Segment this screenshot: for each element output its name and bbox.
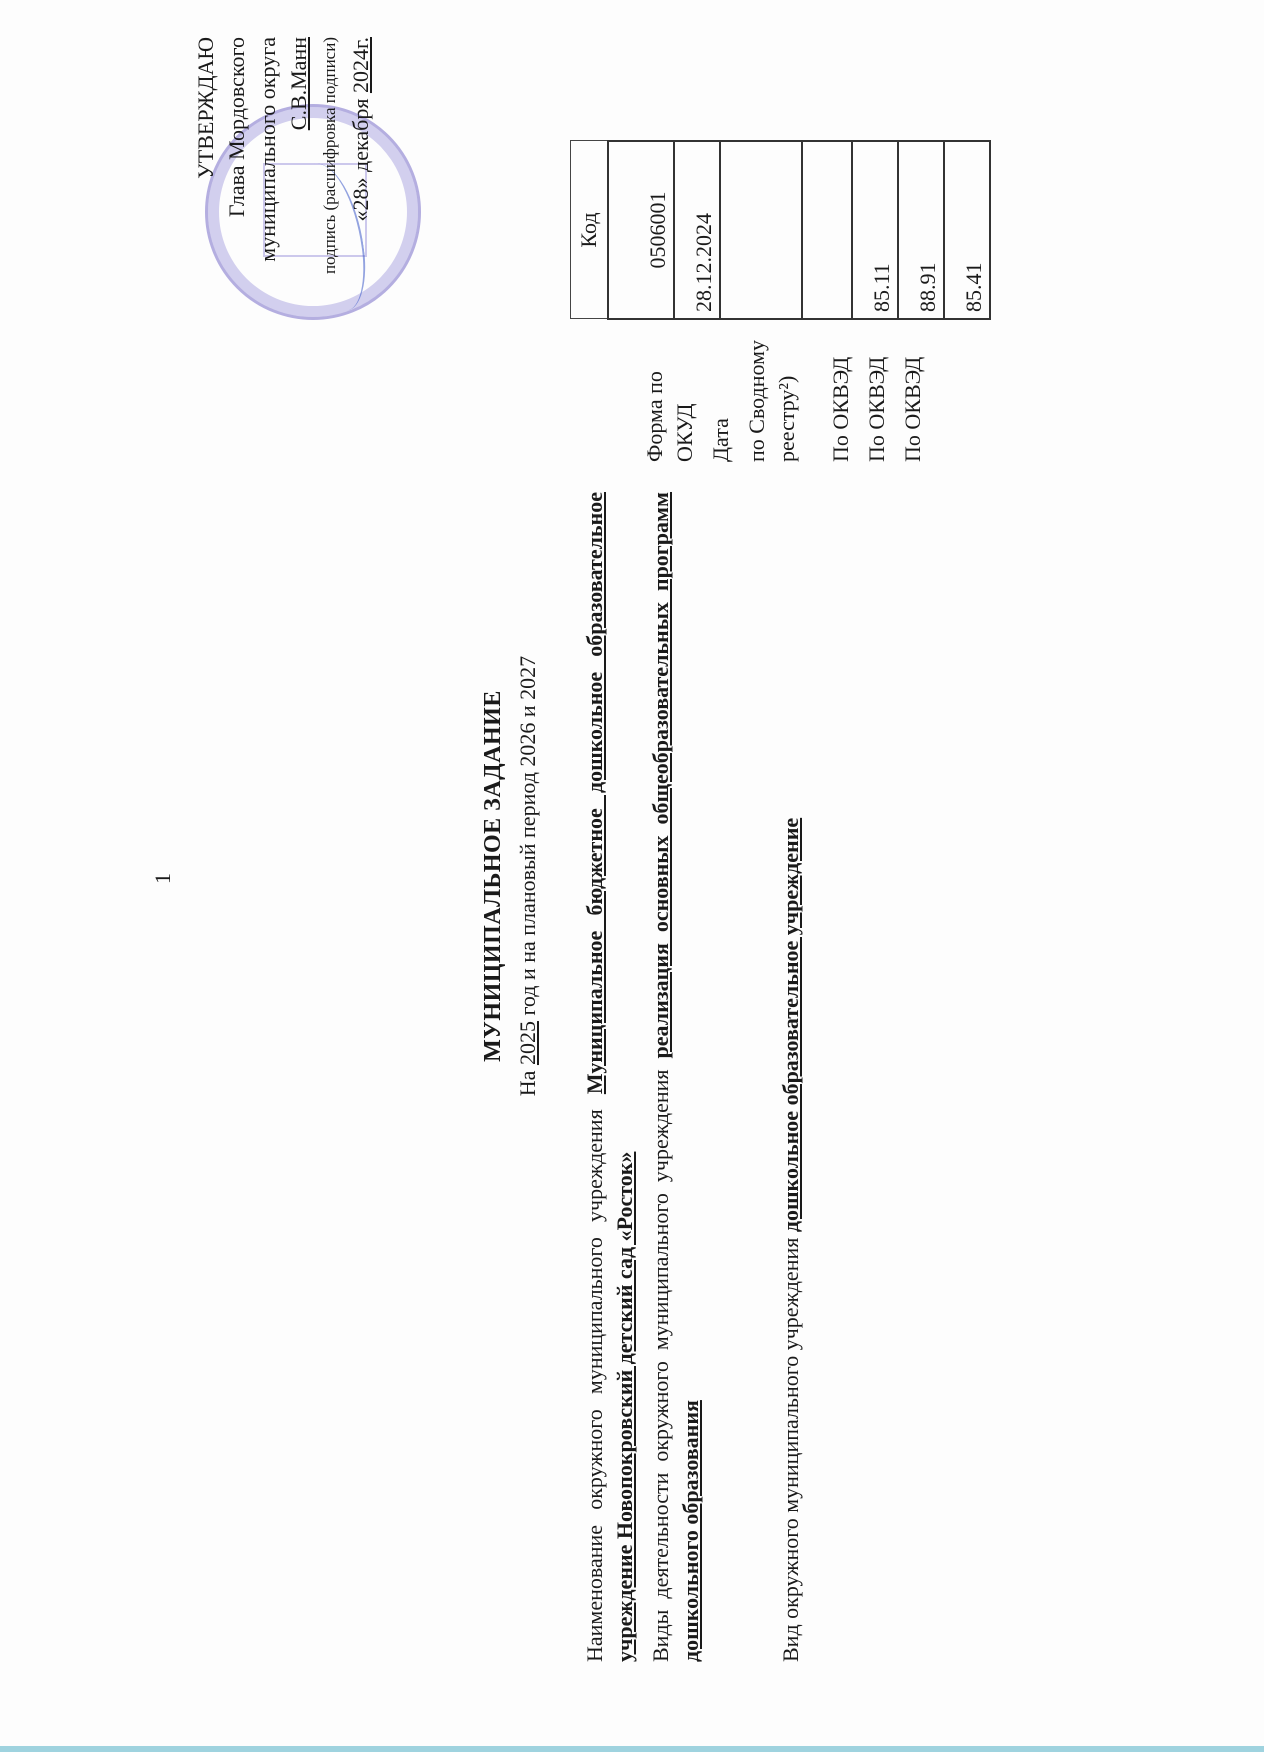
document-subtitle: На 2025 год и на плановый период 2026 и …: [515, 0, 541, 1752]
label-date: Дата: [706, 322, 736, 462]
code-okved-1: 85.11: [852, 141, 898, 319]
institution-label: Наименование окружного муниципального уч…: [582, 1109, 607, 1662]
type-field: Вид окружного муниципального учреждения …: [776, 492, 806, 1662]
label-okved-3: По ОКВЭД: [898, 322, 928, 462]
code-blank: [802, 141, 852, 319]
code-registry: [720, 141, 802, 319]
type-value: дошкольное образовательное учреждение: [778, 818, 803, 1232]
code-okved-2: 88.91: [898, 141, 944, 319]
code-date: 28.12.2024: [674, 141, 720, 319]
approval-heading: УТВЕРЖДАЮ: [190, 37, 221, 367]
scanned-page-frame: 1 УТВЕРЖДАЮ Глава Мордовского муниципаль…: [0, 0, 1264, 1752]
code-labels: Форма по ОКУД Дата по Сводному реестру²)…: [640, 322, 934, 462]
code-okud: 0506001: [608, 141, 674, 319]
spacer: [712, 492, 776, 1662]
label-okved-2: По ОКВЭД: [862, 322, 892, 462]
approval-position-line1: Глава Мордовского: [221, 37, 252, 367]
code-table: Код 0506001 28.12.2024 85.11 88.91 85.41: [570, 140, 991, 320]
approval-date-year: 2024г.: [348, 37, 373, 93]
approval-block: УТВЕРЖДАЮ Глава Мордовского муниципально…: [190, 37, 376, 367]
page-number: 1: [150, 873, 176, 884]
code-header: Код: [571, 141, 609, 319]
document-title: МУНИЦИПАЛЬНОЕ ЗАДАНИЕ: [480, 0, 507, 1752]
label-okud: Форма по ОКУД: [640, 322, 700, 462]
label-registry: по Сводному реестру²): [742, 322, 812, 462]
document-fields: Наименование окружного муниципального уч…: [580, 492, 812, 1662]
document-page: 1 УТВЕРЖДАЮ Глава Мордовского муниципаль…: [0, 0, 1264, 1752]
approval-position-line2: муниципального округа: [252, 37, 283, 367]
subtitle-year: 2025: [515, 1021, 540, 1065]
approval-date-prefix: «28» декабря: [348, 99, 373, 222]
approval-signer: С.В.Манн: [286, 37, 311, 130]
subtitle-suffix: год и на плановый период 2026 и 2027: [515, 656, 540, 1016]
activity-field: Виды деятельности окружного муниципально…: [646, 492, 706, 1662]
institution-field: Наименование окружного муниципального уч…: [580, 492, 640, 1662]
label-okved-1: По ОКВЭД: [826, 322, 856, 462]
subtitle-prefix: На: [515, 1071, 540, 1097]
signature-caption: подпись (расшифровка подписи): [314, 37, 345, 367]
scan-edge-strip: [0, 1746, 1264, 1752]
code-okved-3: 85.41: [944, 141, 990, 319]
type-label: Вид окружного муниципального учреждения: [778, 1238, 803, 1662]
activity-label: Виды деятельности окружного муниципально…: [648, 1069, 673, 1662]
